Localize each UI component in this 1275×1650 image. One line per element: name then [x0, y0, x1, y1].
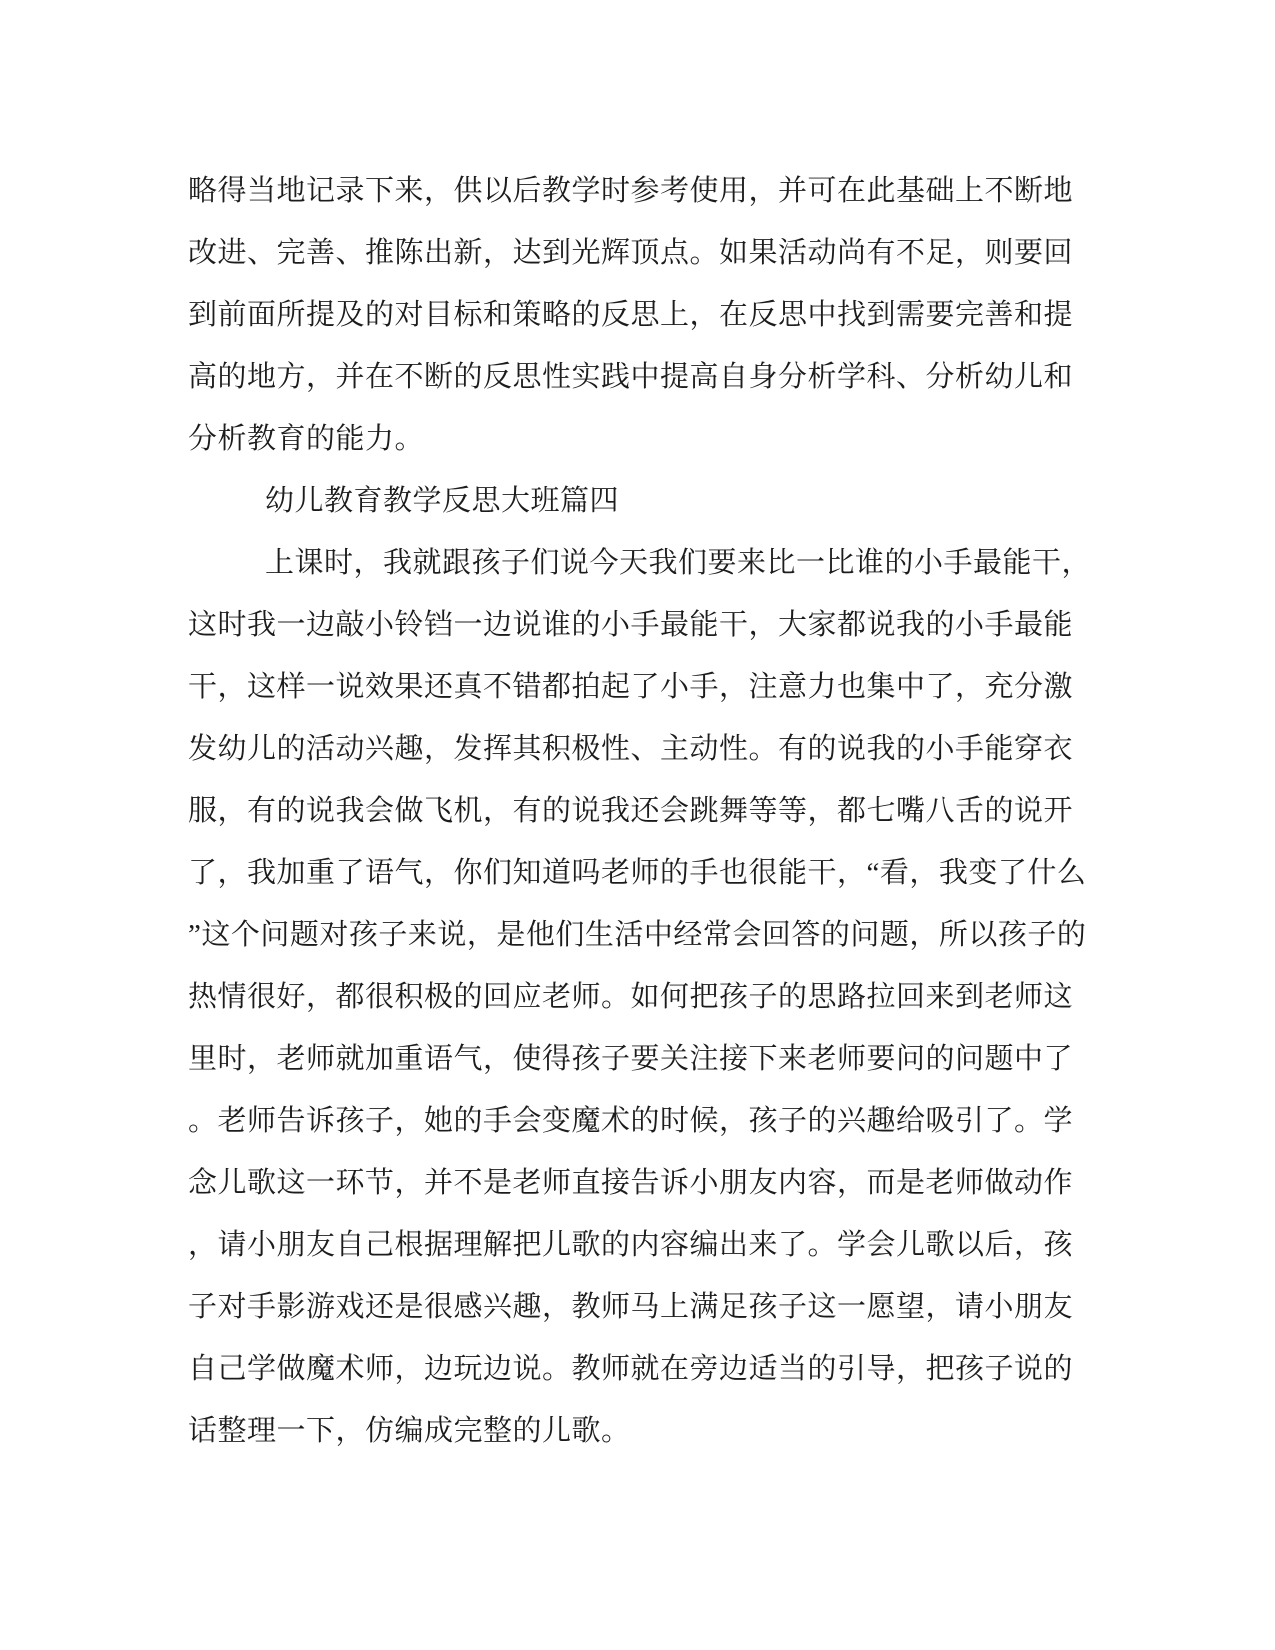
text-line: 上课时，我就跟孩子们说今天我们要来比一比谁的小手最能干， [188, 532, 1118, 594]
text-line: 话整理一下，仿编成完整的儿歌。 [188, 1400, 1118, 1462]
text-line: 子对手影游戏还是很感兴趣，教师马上满足孩子这一愿望，请小朋友 [188, 1276, 1118, 1338]
text-block: 略得当地记录下来，供以后教学时参考使用，并可在此基础上不断地改进、完善、推陈出新… [188, 160, 1118, 1462]
text-line: 热情很好，都很积极的回应老师。如何把孩子的思路拉回来到老师这 [188, 966, 1118, 1028]
text-line: 了，我加重了语气，你们知道吗老师的手也很能干，“看，我变了什么 [188, 842, 1118, 904]
text-line: 略得当地记录下来，供以后教学时参考使用，并可在此基础上不断地 [188, 160, 1118, 222]
text-line: 改进、完善、推陈出新，达到光辉顶点。如果活动尚有不足，则要回 [188, 222, 1118, 284]
text-line: 发幼儿的活动兴趣，发挥其积极性、主动性。有的说我的小手能穿衣 [188, 718, 1118, 780]
text-line: 高的地方，并在不断的反思性实践中提高自身分析学科、分析幼儿和 [188, 346, 1118, 408]
text-line: ”这个问题对孩子来说，是他们生活中经常会回答的问题，所以孩子的 [188, 904, 1118, 966]
text-line: 自己学做魔术师，边玩边说。教师就在旁边适当的引导，把孩子说的 [188, 1338, 1118, 1400]
document-page: 略得当地记录下来，供以后教学时参考使用，并可在此基础上不断地改进、完善、推陈出新… [0, 0, 1275, 1650]
text-line: ，请小朋友自己根据理解把儿歌的内容编出来了。学会儿歌以后，孩 [188, 1214, 1118, 1276]
text-line: 这时我一边敲小铃铛一边说谁的小手最能干，大家都说我的小手最能 [188, 594, 1118, 656]
text-line: 到前面所提及的对目标和策略的反思上，在反思中找到需要完善和提 [188, 284, 1118, 346]
text-line: 。老师告诉孩子，她的手会变魔术的时候，孩子的兴趣给吸引了。学 [188, 1090, 1118, 1152]
text-line: 服，有的说我会做飞机，有的说我还会跳舞等等，都七嘴八舌的说开 [188, 780, 1118, 842]
text-line: 分析教育的能力。 [188, 408, 1118, 470]
section-heading: 幼儿教育教学反思大班篇四 [188, 470, 1118, 532]
text-line: 里时，老师就加重语气，使得孩子要关注接下来老师要问的问题中了 [188, 1028, 1118, 1090]
text-line: 念儿歌这一环节，并不是老师直接告诉小朋友内容，而是老师做动作 [188, 1152, 1118, 1214]
text-line: 干，这样一说效果还真不错都拍起了小手，注意力也集中了，充分激 [188, 656, 1118, 718]
